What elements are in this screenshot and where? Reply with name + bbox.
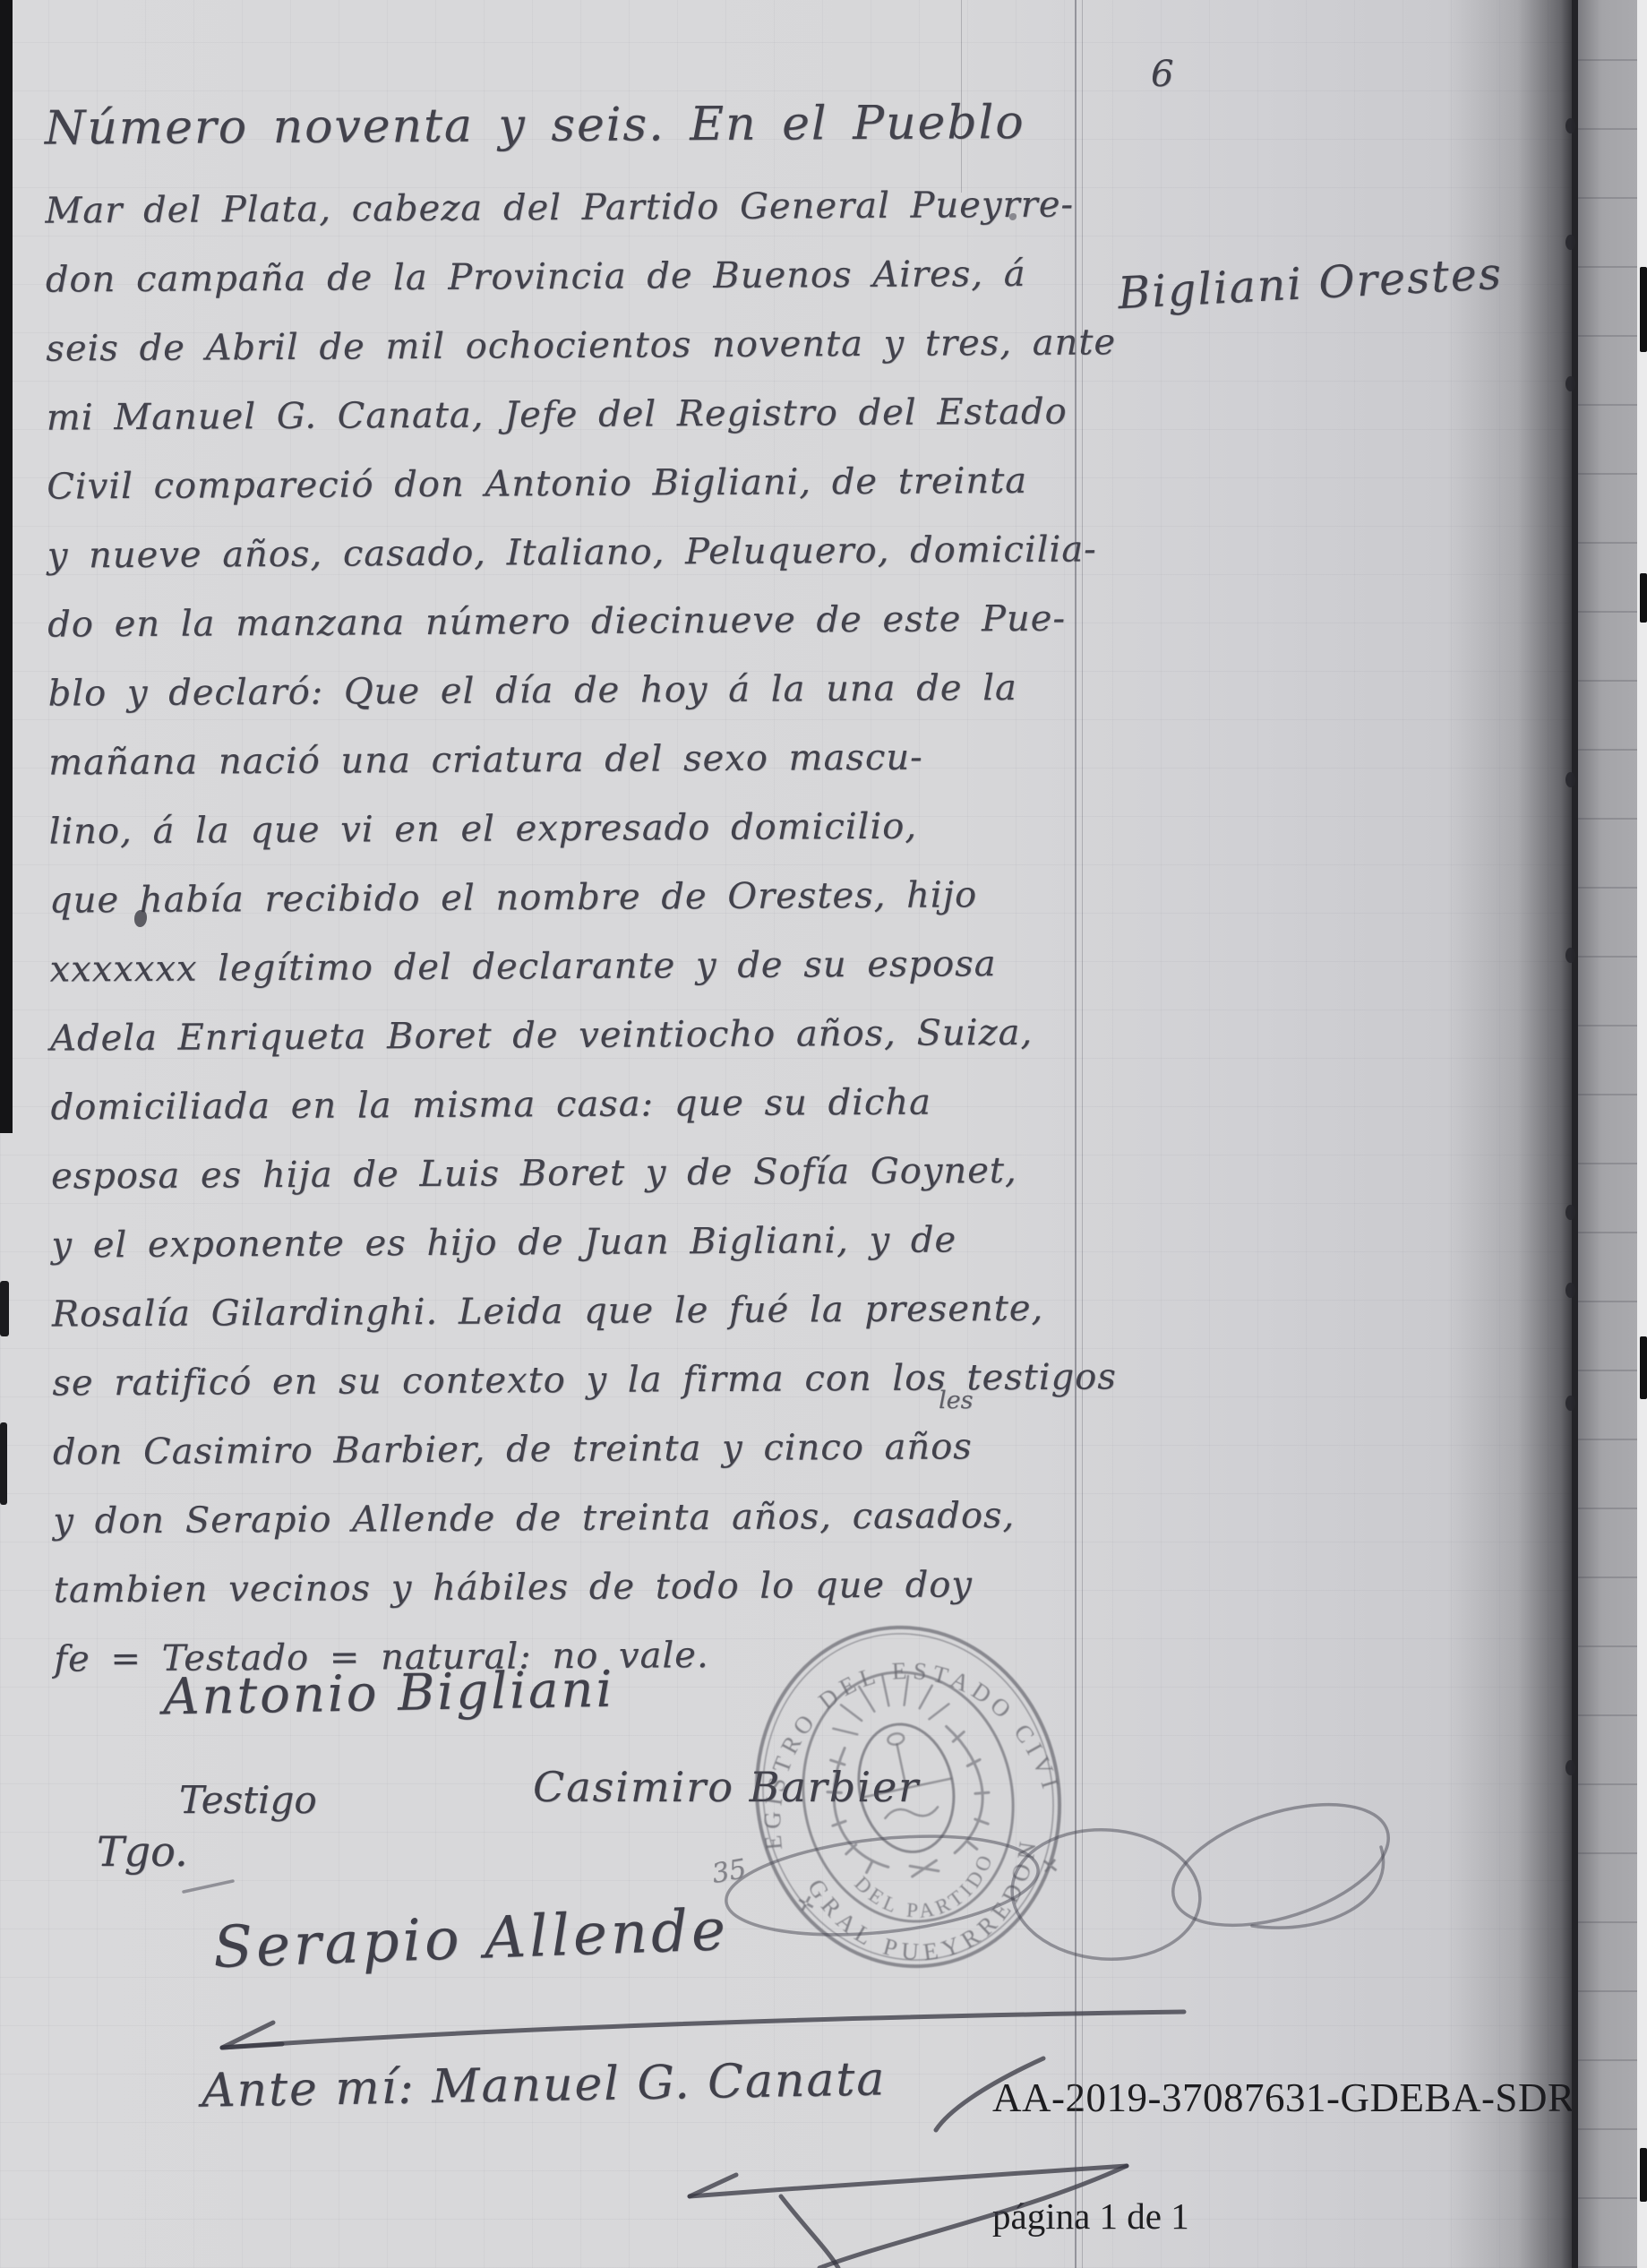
stitch-knot [1566, 948, 1575, 963]
stitch-knot [1566, 1205, 1575, 1220]
scan-edge-mark [0, 1281, 9, 1336]
scan-edge-mark [0, 1422, 7, 1505]
next-page-strip [1578, 0, 1637, 2268]
stitch-knot [1566, 1283, 1575, 1298]
stitch-knot [1566, 118, 1575, 133]
signature-flourishes [0, 0, 1647, 2268]
stitch-knot [1566, 235, 1575, 250]
top-rule-line [961, 0, 962, 193]
stitch-knot [1566, 1760, 1575, 1775]
scan-edge-mark [1640, 1336, 1647, 1399]
scan-edge-mark [1640, 2148, 1647, 2202]
stitch-knot [1566, 772, 1575, 787]
scan-edge-mark [1640, 267, 1647, 352]
margin-rule-line [1075, 0, 1077, 2268]
binding-gutter-shadow [1446, 0, 1576, 2268]
scan-left-edge [0, 0, 13, 1133]
stitch-knot [1566, 376, 1575, 391]
margin-rule-line-2 [1082, 0, 1083, 2268]
scan-edge-mark [1640, 573, 1647, 623]
stitch-knot [1566, 1396, 1575, 1411]
scanned-birth-record-page: Número noventa y seis. En el PuebloMar d… [0, 0, 1647, 2268]
binding-fold-line [1572, 0, 1578, 2268]
